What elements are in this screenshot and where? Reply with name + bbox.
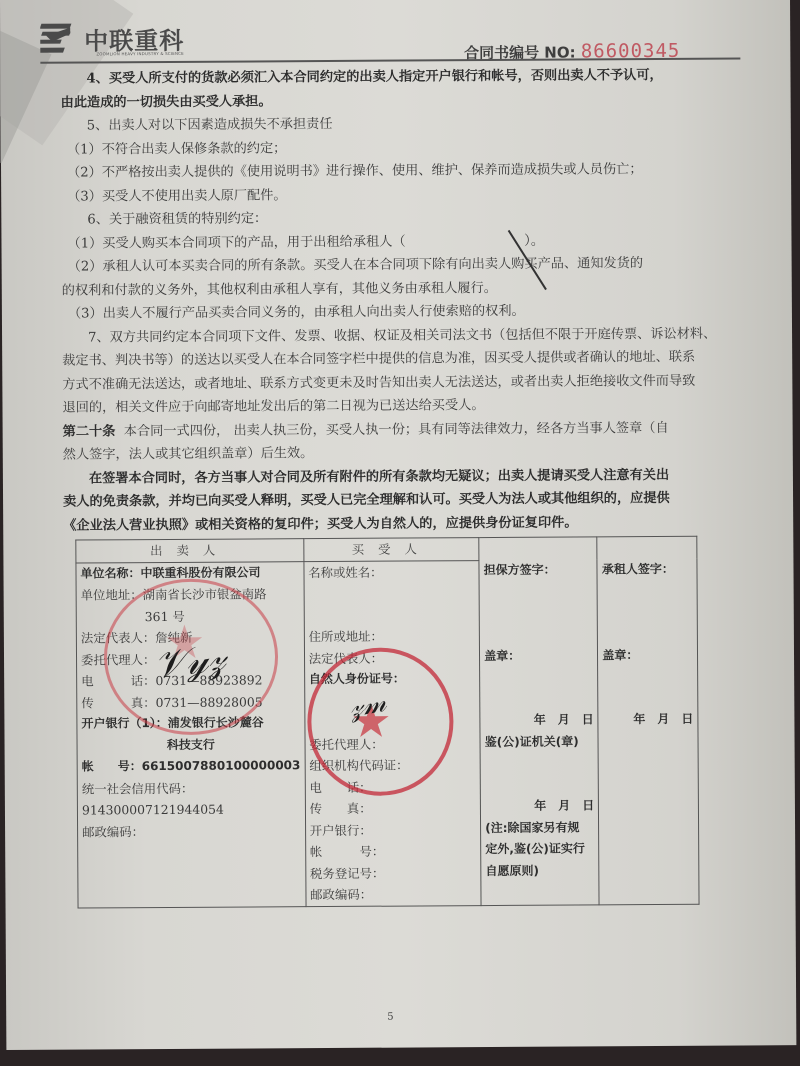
- seller-credit-code-label: 统一社会信用代码：: [82, 777, 301, 800]
- notary-label: 鉴(公)证机关(章): [485, 731, 594, 753]
- guarantor-sign-label: 担保方签字：: [484, 559, 593, 581]
- guarantor-date: 年 月 日: [485, 709, 594, 731]
- lessee-sign-label: 承租人签字：: [602, 558, 693, 580]
- seller-column-header: 出卖人: [76, 539, 304, 563]
- buyer-account: 帐 号：: [310, 840, 477, 863]
- clause-4-line-1: 4、买受人所支付的货款必须汇入本合同约定的出卖人指定开户银行和帐号，否则出卖人不…: [60, 64, 720, 92]
- buyer-bank: 开户银行：: [310, 819, 477, 842]
- buyer-fax: 传 真：: [310, 797, 477, 820]
- contract-body: 4、买受人所支付的货款必须汇入本合同约定的出卖人指定开户银行和帐号，否则出卖人不…: [60, 64, 723, 538]
- buyer-address: 住所或地址：: [309, 625, 476, 648]
- clause-6-item: （2）承租人认可本买卖合同的所有条款。买受人在本合同项下除有向出卖人购买产品、通…: [62, 252, 722, 280]
- seller-bank-cont: 科技支行: [81, 734, 300, 757]
- seller-handwritten-signature: 𝒱𝓎𝓏: [152, 635, 228, 688]
- company-logo-subtext: ZOOMLION HEAVY INDUSTRY & SCIENCE: [96, 51, 184, 57]
- buyer-tax-number: 税务登记号：: [310, 862, 477, 885]
- notice-line: 卖人的免责条款，并均已向买受人释明，买受人已完全理解和认可。买受人为法人或其他组…: [63, 487, 723, 515]
- buyer-postcode: 邮政编码：: [310, 883, 477, 906]
- article-20-heading: 第二十条: [63, 424, 116, 439]
- document-header: 中联重科 ZOOMLION HEAVY INDUSTRY & SCIENCE 合…: [40, 9, 740, 61]
- guarantor-seal-label: 盖章：: [484, 645, 593, 667]
- buyer-name: 名称或姓名：: [308, 561, 475, 584]
- notary-note: 自愿原则): [485, 860, 594, 882]
- article-20-line-1: 第二十条 本合同一式四份， 出卖人执三份，买受人执一份；具有同等法律效力，经各方…: [63, 416, 723, 444]
- clause-5-item: （2）不严格按出卖人提供的《使用说明书》进行操作、使用、维护、保养而造成损失或人…: [61, 158, 721, 186]
- lessee-date: 年 月 日: [603, 709, 694, 731]
- notary-note: 定外,鉴(公)证实行: [485, 838, 594, 860]
- clause-7-line: 裁定书、判决书等）的送达以买受人在本合同签字栏中提供的信息为准，因买受人提供或者…: [62, 346, 722, 374]
- notary-date: 年 月 日: [485, 795, 594, 817]
- lessee-seal-label: 盖章：: [602, 644, 693, 666]
- seller-account: 帐 号：6615007880100000003: [82, 755, 301, 778]
- zoomlion-logo-icon: [40, 22, 76, 56]
- notary-note: (注:除国家另有规: [485, 817, 594, 839]
- document-page: 中联重科 ZOOMLION HEAVY INDUSTRY & SCIENCE 合…: [0, 0, 796, 1050]
- clause-7-line: 方式不准确无法送达，或者地址、联系方式变更未及时告知出卖人无法送达，或者出卖人拒…: [62, 369, 722, 397]
- page-number: 5: [387, 1012, 393, 1023]
- seller-credit-code-value: 914300007121944054: [82, 798, 301, 821]
- guarantor-cell: 担保方签字： 盖章： 年 月 日 鉴(公)证机关(章) 年 月 日 (注:除国家…: [479, 537, 599, 905]
- buyer-handwritten-signature: 𝓏𝓂: [347, 685, 389, 725]
- lessee-cell: 承租人签字： 盖章： 年 月 日: [597, 536, 699, 904]
- notice-line: 《企业法人营业执照》或相关资格的复印件；买受人为自然人的，应提供身份证复印件。: [63, 510, 723, 538]
- buyer-column-header: 买受人: [303, 538, 479, 562]
- seller-postcode: 邮政编码：: [82, 820, 301, 843]
